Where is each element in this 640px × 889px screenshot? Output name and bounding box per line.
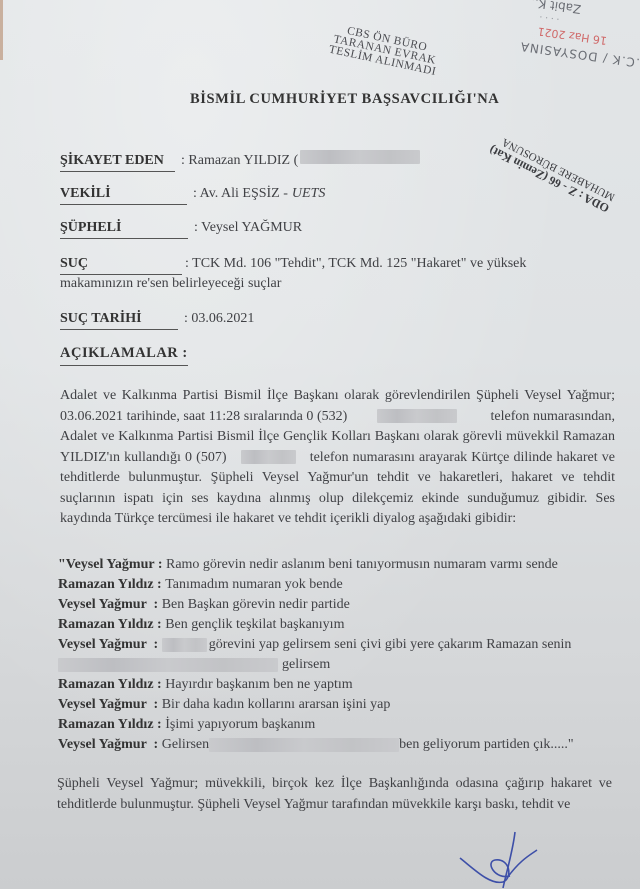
field-suspect: ŞÜPHELİ : Veysel YAĞMUR	[60, 220, 302, 239]
dialog-line: Ramazan Yıldız : Hayırdır başkanım ben n…	[58, 675, 618, 695]
dialog-text: Gelirsen	[162, 737, 209, 752]
dialog-text: Ben gençlik teşkilat başkanıyım	[165, 617, 344, 632]
speaker-separator: :	[154, 557, 166, 572]
dialog-line: "Veysel Yağmur : Ramo görevin nedir asla…	[58, 555, 618, 575]
speaker-separator: :	[147, 737, 162, 752]
dialog-text: ben geliyorum partiden çık....."	[399, 737, 573, 752]
dialog-line: Ramazan Yıldız : İşimi yapıyorum başkanı…	[58, 715, 618, 735]
speaker-name: Ramazan Yıldız	[58, 677, 154, 692]
paragraph-text: Adalet ve Kalkınma Partisi Bismil İlçe B…	[60, 386, 615, 530]
dialog-line: Ramazan Yıldız : Ben gençlik teşkilat ba…	[58, 615, 618, 635]
speaker-name: Veysel Yağmur	[58, 697, 147, 712]
field-label: VEKİLİ	[60, 186, 187, 205]
page-edge	[0, 0, 3, 60]
document-title: BİSMİL CUMHURİYET BAŞSAVCILIĞI'NA	[190, 91, 499, 108]
field-label: ŞÜPHELİ	[60, 220, 188, 239]
field-attorney: VEKİLİ : Av. Ali EŞSİZ - UETS	[60, 186, 325, 205]
speaker-separator: :	[147, 697, 162, 712]
speaker-name: "Veysel Yağmur	[58, 557, 154, 572]
field-value: : 03.06.2021	[184, 311, 254, 327]
redacted-phone	[241, 450, 296, 464]
redacted-block	[209, 738, 399, 752]
field-value: : Av. Ali EŞSİZ -	[193, 186, 288, 202]
paragraph-secondary: Şüpheli Veysel Yağmur; müvekkili, birçok…	[57, 774, 612, 815]
speaker-separator: :	[154, 617, 166, 632]
field-label: ŞİKAYET EDEN	[60, 153, 175, 172]
field-crime: SUÇ : TCK Md. 106 "Tehdit", TCK Md. 125 …	[60, 256, 526, 275]
dialog-text: Hayırdır başkanım ben ne yaptım	[165, 677, 352, 692]
paragraph-text: Şüpheli Veysel Yağmur; müvekkili, birçok…	[57, 774, 612, 815]
speaker-separator: :	[154, 717, 166, 732]
speaker-name: Ramazan Yıldız	[58, 577, 154, 592]
redacted-block	[162, 638, 207, 652]
dialog-line: Veysel Yağmur : Bir daha kadın kollarını…	[58, 695, 618, 715]
explanations-heading: AÇIKLAMALAR :	[60, 345, 188, 366]
cbs-stamp: CBS ÖN BÜRO TARANAN EVRAK TESLİM ALINMAD…	[328, 23, 442, 78]
speaker-name: Veysel Yağmur	[58, 637, 147, 652]
speaker-separator: :	[147, 637, 162, 652]
field-value-suffix: UETS	[292, 186, 325, 202]
redacted-block	[58, 658, 278, 672]
speaker-name: Veysel Yağmur	[58, 737, 147, 752]
speaker-separator: :	[154, 677, 166, 692]
dialog-transcript: "Veysel Yağmur : Ramo görevin nedir asla…	[58, 555, 618, 755]
speaker-name: Ramazan Yıldız	[58, 717, 154, 732]
signature-icon	[455, 830, 545, 889]
dialog-line: Veysel Yağmur : görevini yap gelirsem se…	[58, 635, 618, 655]
dialog-text: görevini yap gelirsem seni çivi gibi yer…	[209, 637, 572, 652]
dialog-text: Ramo görevin nedir aslanım beni tanıyorm…	[166, 557, 558, 572]
speaker-separator: :	[154, 577, 166, 592]
field-value: : Ramazan YILDIZ (	[181, 153, 298, 169]
dialog-line: Ramazan Yıldız : Tanımadım numaran yok b…	[58, 575, 618, 595]
crime-continuation: makamınızın re'sen belirleyeceği suçlar	[60, 276, 281, 292]
dialog-text: Tanımadım numaran yok bende	[165, 577, 342, 592]
field-label: SUÇ TARİHİ	[60, 311, 178, 330]
dialog-line: Veysel Yağmur : Gelirsenben geliyorum pa…	[58, 735, 618, 755]
speaker-name: Veysel Yağmur	[58, 597, 147, 612]
dialog-text: İşimi yapıyorum başkanım	[165, 717, 315, 732]
dialog-text: Ben Başkan görevin nedir partide	[162, 597, 350, 612]
speaker-name: Ramazan Yıldız	[58, 617, 154, 632]
ick-stamp: İ.C.K / DOSYASINA 16 Haz 2021 · · · · Za…	[475, 0, 640, 71]
oda-stamp: ODA : Z - 66 (Zemin Kat) MUHABERE BÜROSU…	[487, 131, 617, 214]
dialog-line: Veysel Yağmur : Ben Başkan görevin nedir…	[58, 595, 618, 615]
dialog-text: Bir daha kadın kollarını ararsan işini y…	[162, 697, 391, 712]
field-value: : TCK Md. 106 "Tehdit", TCK Md. 125 "Hak…	[185, 256, 526, 272]
speaker-separator: :	[147, 597, 162, 612]
field-label: SUÇ	[60, 256, 182, 275]
redacted-phone	[377, 409, 457, 423]
paragraph-main: Adalet ve Kalkınma Partisi Bismil İlçe B…	[60, 386, 615, 530]
field-complainant: ŞİKAYET EDEN : Ramazan YILDIZ (	[60, 150, 420, 172]
field-value: : Veysel YAĞMUR	[194, 220, 302, 236]
field-crime-date: SUÇ TARİHİ : 03.06.2021	[60, 311, 254, 330]
dialog-line-continuation: gelirsem	[58, 655, 618, 675]
redacted-block	[300, 150, 420, 164]
dialog-text: gelirsem	[282, 657, 330, 672]
